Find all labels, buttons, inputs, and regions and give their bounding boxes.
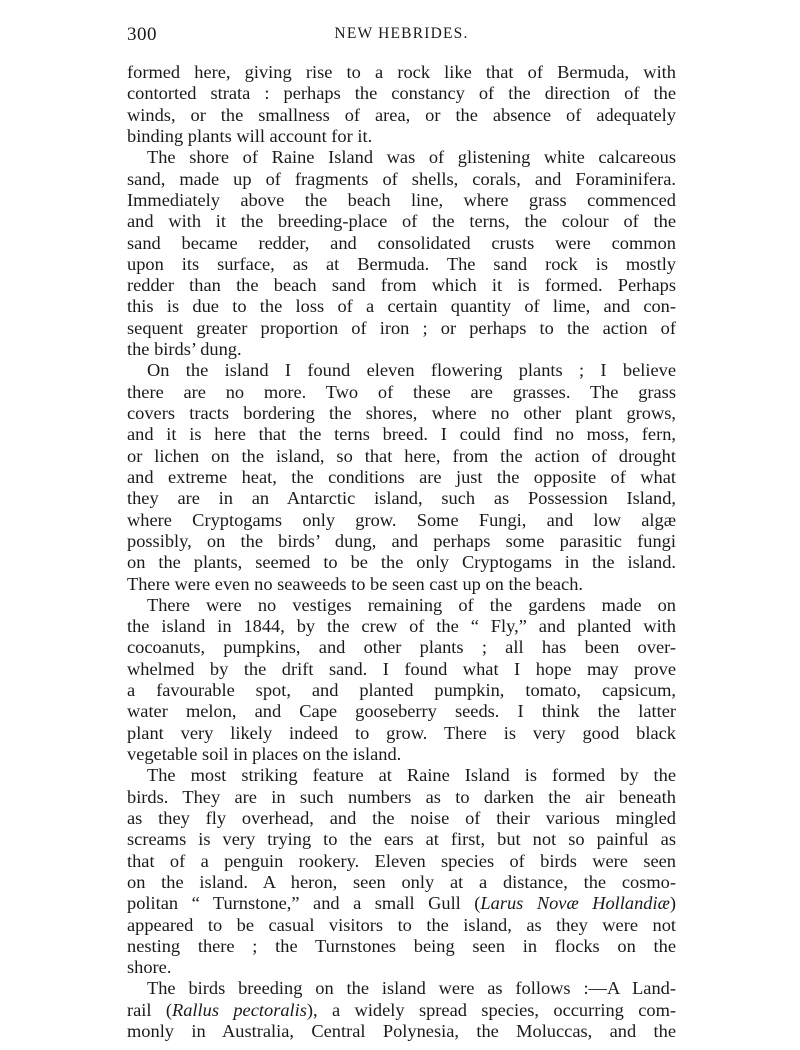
text-line: the island in 1844, by the crew of the “… [127, 616, 676, 637]
text-line: sand became redder, and consolidated cru… [127, 233, 676, 254]
text-line: shore. [127, 957, 676, 978]
book-page: 300 NEW HEBRIDES. formed here, giving ri… [127, 22, 676, 1042]
text-line: appeared to be casual visitors to the is… [127, 915, 676, 936]
text-line: whelmed by the drift sand. I found what … [127, 659, 676, 680]
text-line: as they fly overhead, and the noise of t… [127, 808, 676, 829]
text-line: formed here, giving rise to a rock like … [127, 62, 676, 83]
text-segment: politan “ Turnstone,” and a small Gull ( [127, 893, 480, 913]
text-line: there are no more. Two of these are gras… [127, 382, 676, 403]
text-line: they are in an Antarctic island, such as… [127, 488, 676, 509]
text-line: The most striking feature at Raine Islan… [127, 765, 676, 786]
text-line: monly in Australia, Central Polynesia, t… [127, 1021, 676, 1042]
text-line: the birds’ dung. [127, 339, 676, 360]
text-line: where Cryptogams only grow. Some Fungi, … [127, 510, 676, 531]
paragraph: formed here, giving rise to a rock like … [127, 62, 676, 147]
paragraph: There were no vestiges remaining of the … [127, 595, 676, 766]
text-line: winds, or the smallness of area, or the … [127, 105, 676, 126]
text-line: sequent greater proportion of iron ; or … [127, 318, 676, 339]
body-text: formed here, giving rise to a rock like … [127, 62, 676, 1042]
text-line: and with it the breeding-place of the te… [127, 211, 676, 232]
text-line: cocoanuts, pumpkins, and other plants ; … [127, 637, 676, 658]
text-line: plant very likely indeed to grow. There … [127, 723, 676, 744]
text-line: The shore of Raine Island was of glisten… [127, 147, 676, 168]
text-line: this is due to the loss of a certain qua… [127, 296, 676, 317]
text-line: redder than the beach sand from which it… [127, 275, 676, 296]
text-line: vegetable soil in places on the island. [127, 744, 676, 765]
text-line: On the island I found eleven flowering p… [127, 360, 676, 381]
text-line: possibly, on the birds’ dung, and perhap… [127, 531, 676, 552]
text-line: The birds breeding on the island were as… [127, 978, 676, 999]
text-line: Immediately above the beach line, where … [127, 190, 676, 211]
paragraph: On the island I found eleven flowering p… [127, 360, 676, 594]
text-line: screams is very trying to the ears at fi… [127, 829, 676, 850]
text-line: sand, made up of fragments of shells, co… [127, 169, 676, 190]
running-head: 300 NEW HEBRIDES. [127, 22, 676, 52]
text-line: upon its surface, as at Bermuda. The san… [127, 254, 676, 275]
text-line: birds. They are in such numbers as to da… [127, 787, 676, 808]
text-line: on the plants, seemed to be the only Cry… [127, 552, 676, 573]
text-line: water melon, and Cape gooseberry seeds. … [127, 701, 676, 722]
text-line: There were no vestiges remaining of the … [127, 595, 676, 616]
text-line: on the island. A heron, seen only at a d… [127, 872, 676, 893]
species-name: Rallus pectoralis [172, 1000, 307, 1020]
running-title: NEW HEBRIDES. [127, 25, 676, 43]
text-segment: ), a widely spread species, occurring co… [307, 1000, 676, 1020]
text-line: There were even no seaweeds to be seen c… [127, 574, 676, 595]
text-line: a favourable spot, and planted pumpkin, … [127, 680, 676, 701]
paragraph: The birds breeding on the island were as… [127, 978, 676, 1042]
text-segment: ) [670, 893, 676, 913]
text-line: that of a penguin rookery. Eleven specie… [127, 851, 676, 872]
paragraph: The most striking feature at Raine Islan… [127, 765, 676, 978]
text-line: binding plants will account for it. [127, 126, 676, 147]
text-segment: rail ( [127, 1000, 172, 1020]
text-line: politan “ Turnstone,” and a small Gull (… [127, 893, 676, 914]
text-line: or lichen on the island, so that here, f… [127, 446, 676, 467]
text-line: contorted strata : perhaps the constancy… [127, 83, 676, 104]
text-line: and extreme heat, the conditions are jus… [127, 467, 676, 488]
text-line: and it is here that the terns breed. I c… [127, 424, 676, 445]
text-line: covers tracts bordering the shores, wher… [127, 403, 676, 424]
text-line: rail (Rallus pectoralis), a widely sprea… [127, 1000, 676, 1021]
species-name: Larus Novæ Hollandiæ [480, 893, 669, 913]
paragraph: The shore of Raine Island was of glisten… [127, 147, 676, 360]
text-line: nesting there ; the Turnstones being see… [127, 936, 676, 957]
